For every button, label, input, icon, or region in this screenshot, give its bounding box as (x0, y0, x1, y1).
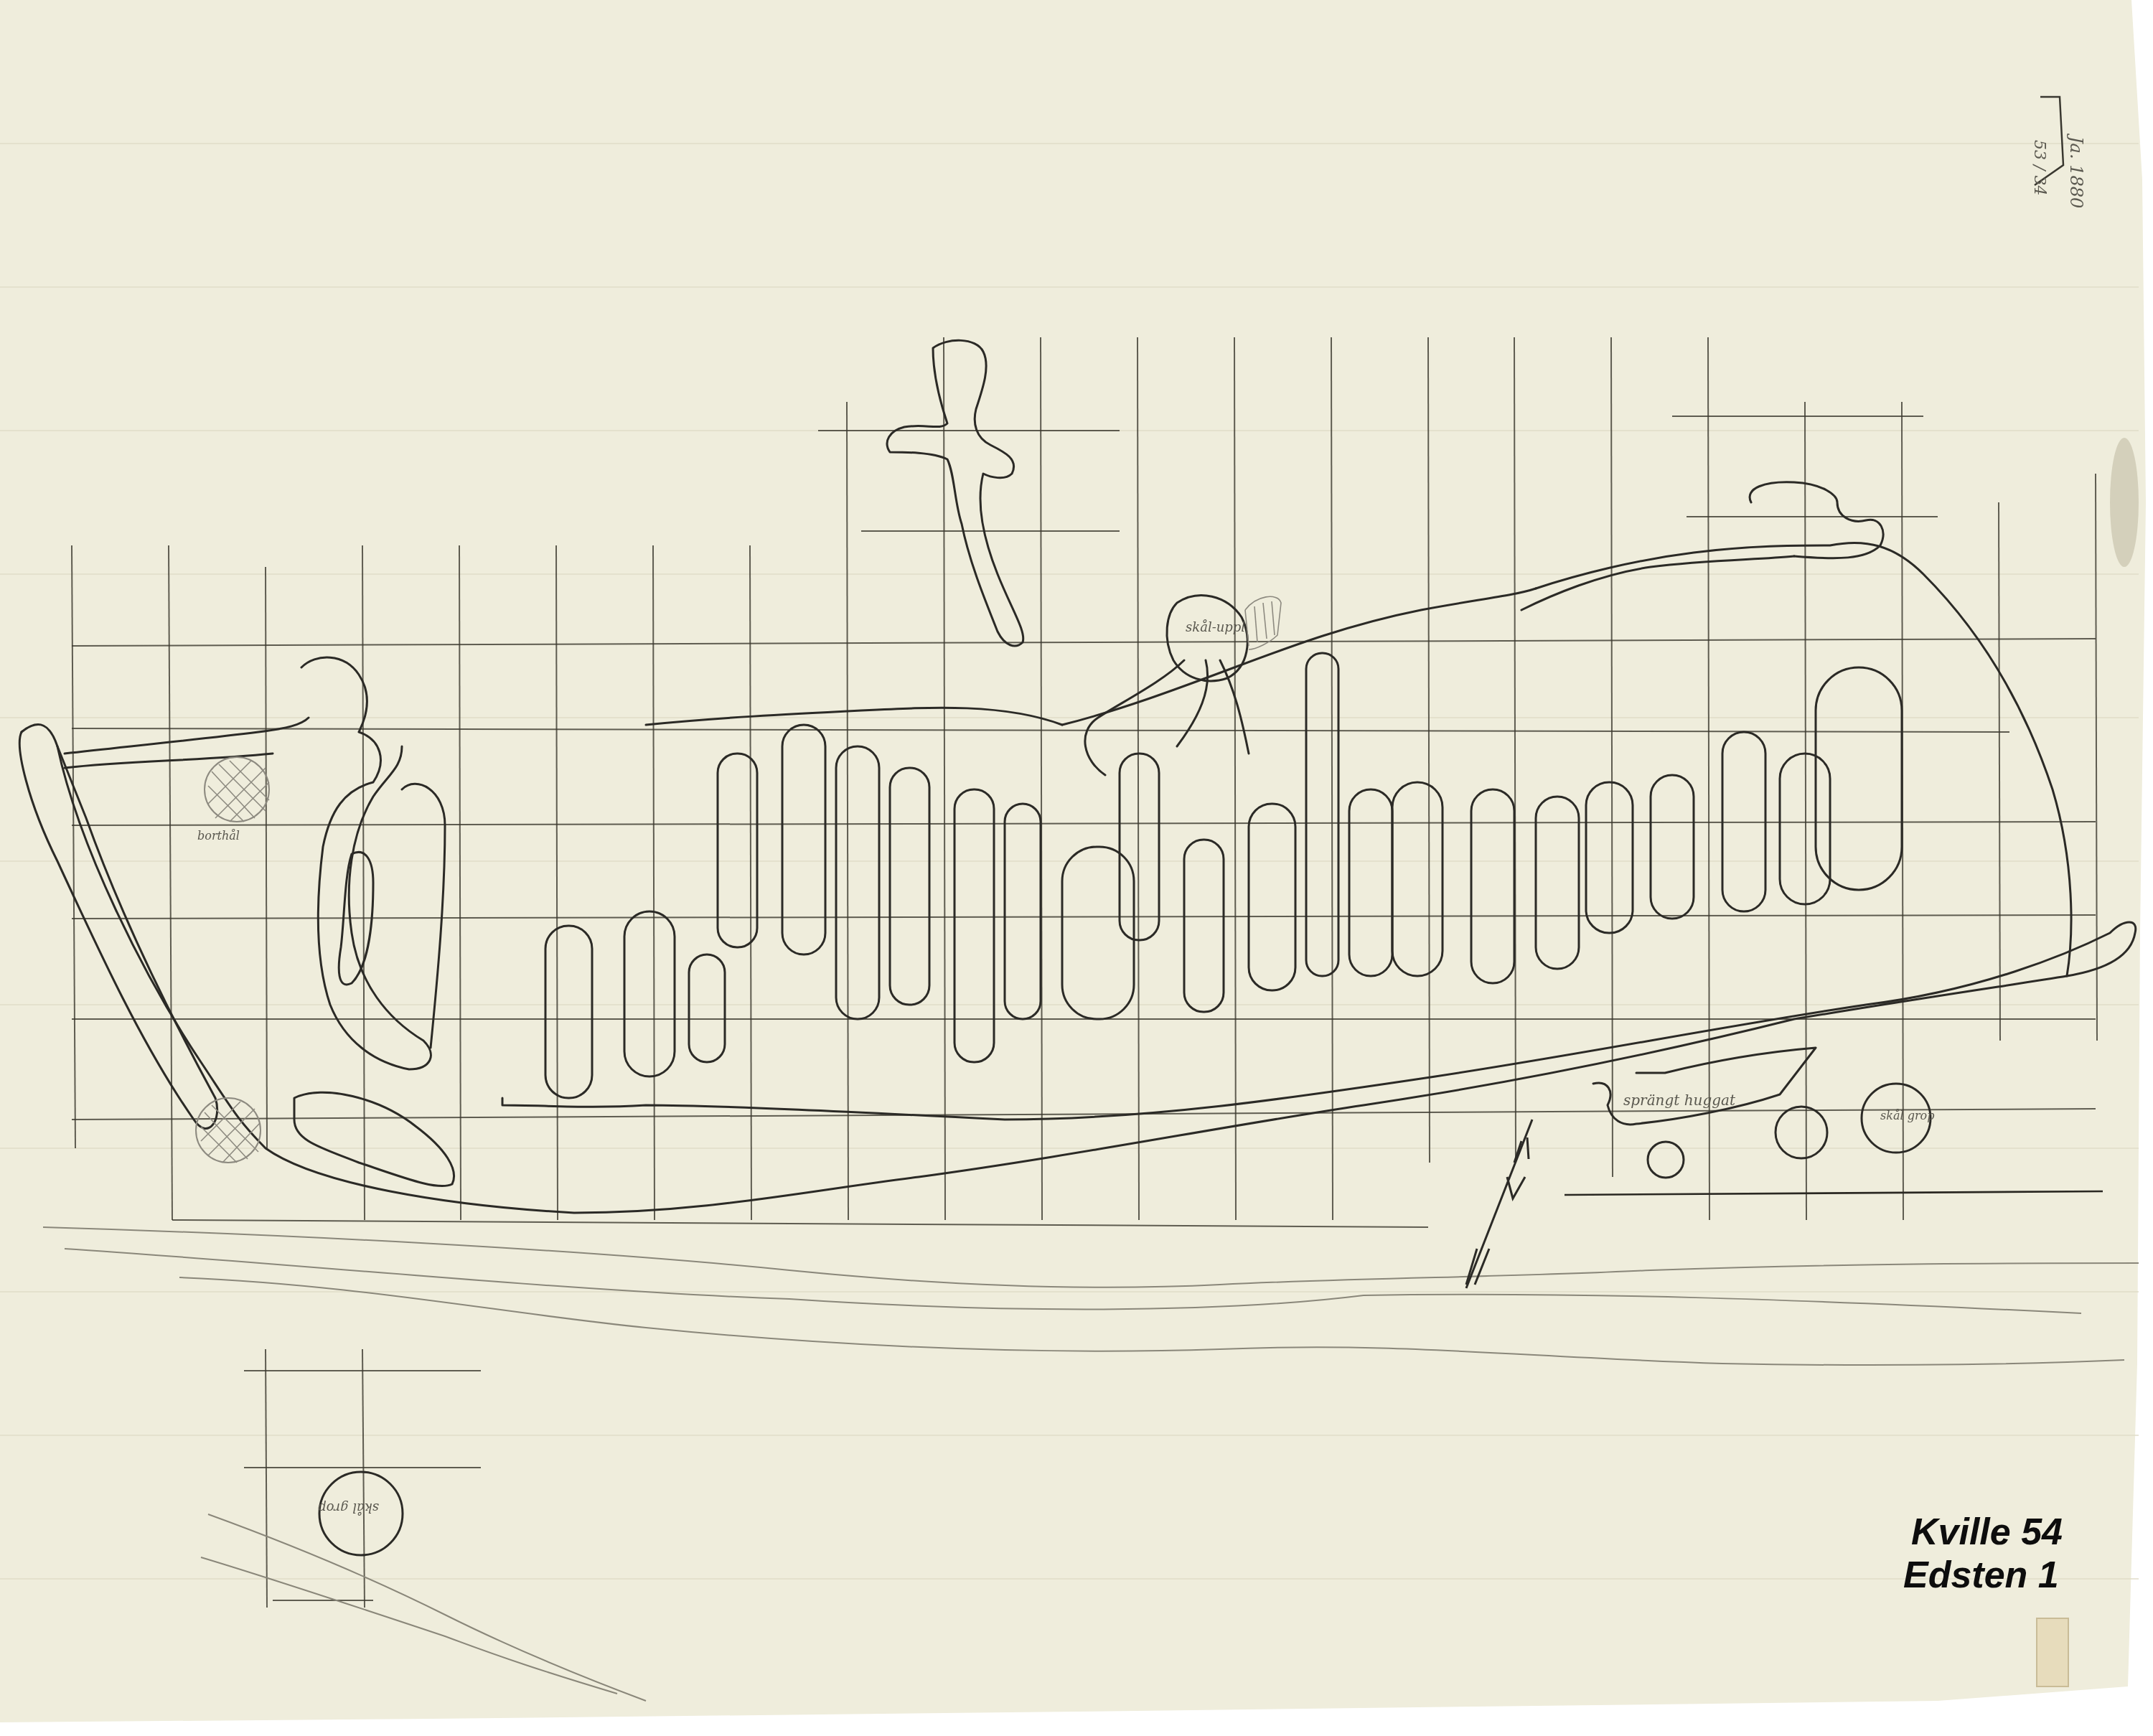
cross-hatched-note: borthål (197, 829, 240, 843)
paper-stain (2110, 438, 2139, 567)
tape-piece (2037, 1618, 2068, 1686)
cup-mark-note-right: skål grop (1880, 1109, 1934, 1122)
struck-note: sprängt huggat (1623, 1092, 1736, 1109)
document-sheet: skål-uppl borthål sprängt huggat skål gr… (0, 0, 2153, 1736)
site-label-line1: Kville 54 (1911, 1511, 2063, 1553)
corner-box-number: 53 / 34 (2030, 140, 2048, 195)
site-label-line2: Edsten 1 (1903, 1554, 2059, 1596)
corner-handwritten-note: Ja. 1880 (2066, 133, 2086, 208)
cup-mark-note-lower: skål grop (318, 1500, 379, 1516)
cup-mark-note-upper: skål-uppl (1186, 619, 1245, 635)
